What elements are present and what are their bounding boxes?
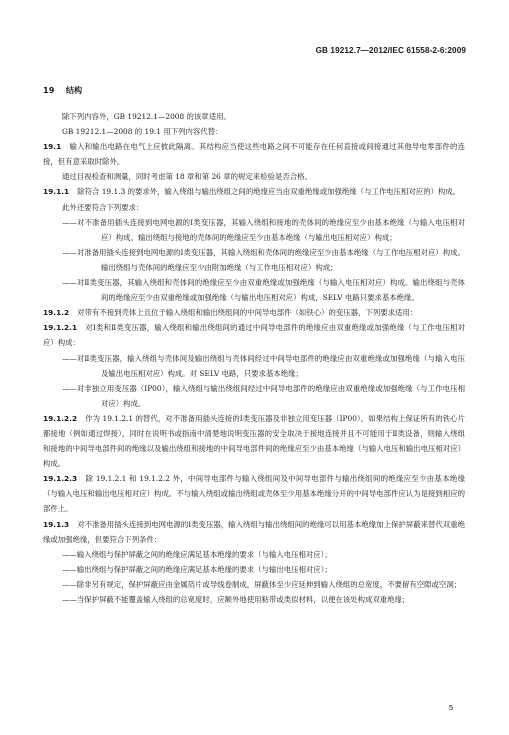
clause-number: 19.1.2.1 xyxy=(43,323,77,332)
clause-text: 对带有不接到壳体上且位于输入绕组和输出绕组间的中间导电部件（如铁心）的变压器，下… xyxy=(77,308,417,317)
chapter-number: 19 xyxy=(43,85,63,95)
chapter-heading: 19 结构 xyxy=(43,85,82,96)
list-item: ——对非独立用变压器（IP00），输入绕组与输出绕组间经过中间导电部件的绝缘应由… xyxy=(42,381,465,411)
list-item: ——除非另有规定，保护屏蔽应由金属箔片或导线卷制成，屏蔽体至少应延伸到输入绕组的… xyxy=(42,577,465,592)
document-body: 除下列内容外，GB 19212.1—2008 的该章适用。 GB 19212.1… xyxy=(43,109,465,607)
clause-19-1-2-1: 19.1.2.1对Ⅰ类和Ⅱ类变压器，输入绕组和输出绕组间的通过中间导电部件的绝缘… xyxy=(43,320,465,350)
clause-number: 19.1.1 xyxy=(43,187,69,196)
clause-19-1-2-3: 19.1.2.3除 19.1.2.1 和 19.1.2.2 外，中间导电部件与输… xyxy=(43,471,465,516)
clause-text: 输入和输出电路在电气上应彼此隔离。其结构应当使这些电路之间不可能存在任何直接或间… xyxy=(43,142,465,166)
clause-text: 除 19.1.2.1 和 19.1.2.2 外，中间导电部件与输入绕组间及中间导… xyxy=(43,474,465,513)
clause-19-1-1: 19.1.1除符合 19.1.3 的要求外，输入绕组与输出绕组之间的绝缘应当由双… xyxy=(43,184,465,199)
clause-text: 对Ⅰ类和Ⅱ类变压器，输入绕组和输出绕组间的通过中间导电部件的绝缘应由双重绝缘或加… xyxy=(43,323,465,347)
clause-number: 19.1.2.2 xyxy=(43,414,77,423)
list-item: ——对Ⅱ类变压器，其输入绕组和壳体间的绝缘应至少由双重绝缘或加强绝缘（与输入电压… xyxy=(42,275,465,305)
list-item: ——对不准备用插头连接到电网电源的Ⅰ类变压器，其输入绕组和接地的壳体间的绝缘应至… xyxy=(42,215,465,245)
list-item: ——对准备用插头连接到电网电源的Ⅰ类变压器，其输入绕组和壳体间的绝缘应至少由基本… xyxy=(42,245,465,275)
page-number: 5 xyxy=(449,703,453,712)
clause-19-1-2: 19.1.2对带有不接到壳体上且位于输入绕组和输出绕组间的中间导电部件（如铁心）… xyxy=(43,305,465,320)
clause-number: 19.1.3 xyxy=(43,520,69,529)
clause-19-1: 19.1输入和输出电路在电气上应彼此隔离。其结构应当使这些电路之间不可能存在任何… xyxy=(43,139,465,169)
chapter-title: 结构 xyxy=(66,85,82,95)
clause-number: 19.1.2 xyxy=(43,308,69,317)
list-item: ——对Ⅱ类变压器，输入绕组与壳体间及输出绕组与壳体间经过中间导电部件的绝缘应由双… xyxy=(42,351,465,381)
clause-19-1-2-2: 19.1.2.2作为 19.1.2.1 的替代，对不准备用插头连接的Ⅰ类变压器及… xyxy=(43,411,465,471)
clause-text: 作为 19.1.2.1 的替代，对不准备用插头连接的Ⅰ类变压器及非独立用变压器（… xyxy=(43,414,465,468)
clause-text: 除符合 19.1.3 的要求外，输入绕组与输出绕组之间的绝缘应当由双重绝缘或加强… xyxy=(77,187,460,196)
list-item: ——当保护屏蔽不能覆盖输入绕组的总宽度时，应额外地使用粘带或类似材料，以便在该处… xyxy=(42,592,465,607)
paragraph: 除下列内容外，GB 19212.1—2008 的该章适用。 xyxy=(43,109,465,124)
clause-19-1-3: 19.1.3对不准备用插头连接到电网电源的Ⅰ类变压器，输入绕组与输出绕组间的绝缘… xyxy=(43,517,465,547)
clause-number: 19.1.2.3 xyxy=(43,474,77,483)
paragraph: GB 19212.1—2008 的 19.1 用下列内容代替： xyxy=(43,124,465,139)
paragraph: 通过目视检查和测量，同时考虑第 18 章和第 26 章的规定来检验是否合格。 xyxy=(43,169,465,184)
clause-text: 对不准备用插头连接到电网电源的Ⅰ类变压器，输入绕组与输出绕组间的绝缘可以用基本绝… xyxy=(43,520,465,544)
clause-number: 19.1 xyxy=(43,142,61,151)
paragraph: 此外还要符合下列要求： xyxy=(43,200,465,215)
document-header: GB 19212.7—2012/IEC 61558-2-6:2009 xyxy=(316,46,466,55)
list-item: ——输入绕组与保护屏蔽之间的绝缘应满足基本绝缘的要求（与输入电压相对应）； xyxy=(42,547,465,562)
list-item: ——输出绕组与保护屏蔽之间的绝缘应满足基本绝缘的要求（与输出电压相对应）； xyxy=(42,562,465,577)
